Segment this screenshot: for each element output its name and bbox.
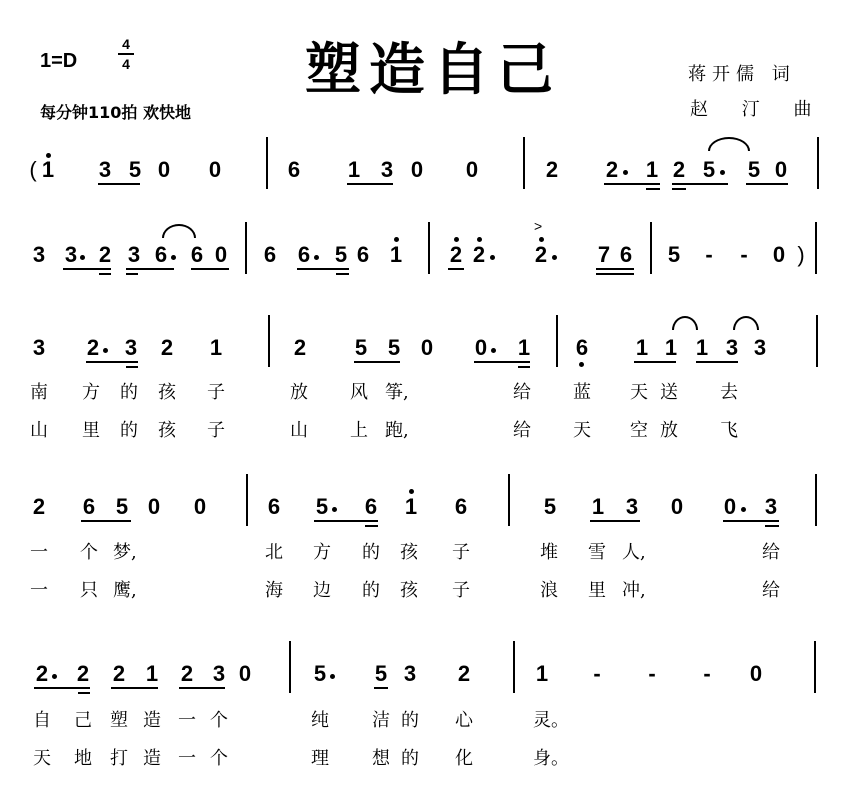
lyric: 地	[74, 749, 92, 769]
slur	[162, 224, 196, 238]
dash: -	[735, 243, 753, 267]
note: 0	[212, 243, 230, 267]
lyric: 孩	[400, 581, 418, 601]
lyric: 塑	[110, 711, 128, 731]
lyric: 化	[455, 749, 473, 769]
bar-line	[266, 137, 268, 189]
underline-sixteenth	[646, 188, 660, 190]
underline-eighth	[297, 268, 349, 270]
lyric: 方	[82, 383, 100, 403]
bar-line	[268, 315, 270, 367]
underline-eighth	[81, 520, 131, 522]
note: 6	[295, 243, 313, 267]
accent-mark: >	[534, 218, 542, 234]
note: 3	[762, 495, 780, 519]
lyric: 里	[82, 421, 100, 441]
slur	[708, 137, 750, 151]
underline-eighth	[34, 687, 90, 689]
dot	[80, 255, 85, 260]
dot	[623, 170, 628, 175]
lyric: 个	[210, 711, 228, 731]
lyric: 梦,	[113, 543, 137, 563]
lyric: 飞	[720, 421, 738, 441]
note: 3	[30, 243, 48, 267]
lyric: 的	[362, 581, 380, 601]
lyric: 打	[110, 749, 128, 769]
underline-eighth	[374, 687, 388, 689]
lyric: 给	[762, 543, 780, 563]
note: 0	[418, 336, 436, 360]
note: 6	[354, 243, 372, 267]
high-octave-dot	[409, 489, 414, 494]
note: 3	[723, 336, 741, 360]
note: 2	[30, 495, 48, 519]
note: 6	[573, 336, 591, 360]
time-signature-bottom: 4	[118, 56, 134, 72]
lyric: 跑,	[385, 421, 409, 441]
lyric: 一	[30, 581, 48, 601]
note: 1	[643, 158, 661, 182]
note: 6	[285, 158, 303, 182]
dash: -	[588, 662, 606, 686]
note: 3	[401, 662, 419, 686]
lyric: 理	[311, 749, 329, 769]
lyric: 方	[313, 543, 331, 563]
note: 7	[595, 243, 613, 267]
underline-eighth	[448, 268, 464, 270]
note: 0	[408, 158, 426, 182]
note: 0	[155, 158, 173, 182]
underline-sixteenth	[596, 273, 634, 275]
lyric: 放	[290, 383, 308, 403]
note: 5	[385, 336, 403, 360]
underline-sixteenth	[126, 273, 138, 275]
slur	[733, 316, 759, 330]
high-octave-dot	[46, 153, 51, 158]
note: 2	[470, 243, 488, 267]
underline-eighth	[723, 520, 779, 522]
underline-sixteenth	[672, 188, 686, 190]
low-octave-dot	[579, 362, 584, 367]
note: 6	[188, 243, 206, 267]
dot	[103, 348, 108, 353]
bar-line	[508, 474, 510, 526]
note: 2	[158, 336, 176, 360]
tempo-marking: 每分钟110拍 欢快地	[40, 100, 191, 123]
bar-line	[289, 641, 291, 693]
note: 6	[261, 243, 279, 267]
note: 0	[668, 495, 686, 519]
note: 3	[623, 495, 641, 519]
note: 1	[387, 243, 405, 267]
lyric: 子	[207, 383, 225, 403]
lyric: 一	[178, 711, 196, 731]
underline-eighth	[634, 361, 676, 363]
underline-sixteenth	[99, 273, 111, 275]
note: 5	[700, 158, 718, 182]
note: 2	[603, 158, 621, 182]
note: 0	[472, 336, 490, 360]
lyric: 天	[630, 383, 648, 403]
note: 5	[126, 158, 144, 182]
note: 5	[311, 662, 329, 686]
underline-eighth	[179, 687, 225, 689]
note: 0	[747, 662, 765, 686]
lyric: 一	[178, 749, 196, 769]
lyric: 给	[762, 581, 780, 601]
lyric: 山	[30, 421, 48, 441]
note: 6	[617, 243, 635, 267]
note: 0	[236, 662, 254, 686]
lyric: 边	[313, 581, 331, 601]
note: 5	[745, 158, 763, 182]
lyric: 北	[265, 543, 283, 563]
underline-eighth	[63, 268, 111, 270]
note: 2	[96, 243, 114, 267]
lyric: 只	[80, 581, 98, 601]
lyric: 海	[265, 581, 283, 601]
note: 3	[125, 243, 143, 267]
underline-sixteenth	[518, 366, 530, 368]
note: 1	[589, 495, 607, 519]
bar-line	[650, 222, 652, 274]
lyric: 造	[143, 711, 161, 731]
underline-sixteenth	[336, 273, 349, 275]
lyric: 人,	[622, 543, 646, 563]
lyric: 的	[120, 421, 138, 441]
note: 3	[62, 243, 80, 267]
time-signature: 4 4	[118, 36, 134, 72]
note: 6	[362, 495, 380, 519]
dot	[314, 255, 319, 260]
slur	[672, 316, 698, 330]
lyric: 的	[401, 749, 419, 769]
note: 0	[463, 158, 481, 182]
note: 1	[662, 336, 680, 360]
note: 1	[207, 336, 225, 360]
lyric: 子	[452, 543, 470, 563]
bar-line	[817, 137, 819, 189]
lyric: 山	[290, 421, 308, 441]
time-signature-top: 4	[118, 36, 134, 52]
note: 2	[33, 662, 51, 686]
underline-eighth	[126, 268, 174, 270]
note: 2	[670, 158, 688, 182]
underline-eighth	[672, 183, 728, 185]
underline-eighth	[696, 361, 738, 363]
close-paren: )	[792, 243, 810, 267]
lyric: 浪	[540, 581, 558, 601]
underline-eighth	[604, 183, 660, 185]
bar-line	[814, 641, 816, 693]
song-title: 塑造自己	[305, 26, 561, 106]
bar-line	[246, 474, 248, 526]
underline-eighth	[746, 183, 788, 185]
lyric: 身。	[533, 749, 569, 769]
lyric: 己	[74, 711, 92, 731]
note: 1	[515, 336, 533, 360]
high-octave-dot	[477, 237, 482, 242]
note: 2	[178, 662, 196, 686]
underline-eighth	[474, 361, 530, 363]
bar-line	[245, 222, 247, 274]
lyric: 子	[207, 421, 225, 441]
bar-line	[428, 222, 430, 274]
note: 1	[402, 495, 420, 519]
underline-eighth	[347, 183, 393, 185]
note: 3	[30, 336, 48, 360]
lyric: 造	[143, 749, 161, 769]
note: 0	[772, 158, 790, 182]
underline-eighth	[191, 268, 229, 270]
dot	[741, 507, 746, 512]
underline-eighth	[111, 687, 158, 689]
bar-line	[513, 641, 515, 693]
lyric: 子	[452, 581, 470, 601]
note: 1	[693, 336, 711, 360]
lyric: 想	[372, 749, 390, 769]
high-octave-dot	[394, 237, 399, 242]
high-octave-dot	[454, 237, 459, 242]
note: 5	[541, 495, 559, 519]
dash: -	[643, 662, 661, 686]
dot	[491, 348, 496, 353]
note: 1	[533, 662, 551, 686]
lyric: 洁	[372, 711, 390, 731]
note: 2	[447, 243, 465, 267]
note: 6	[265, 495, 283, 519]
lyric: 天	[33, 749, 51, 769]
lyric: 天	[573, 421, 591, 441]
lyric: 给	[513, 383, 531, 403]
note: 2	[74, 662, 92, 686]
dot	[332, 507, 337, 512]
underline-eighth	[98, 183, 140, 185]
dot	[330, 674, 335, 679]
underline-eighth	[354, 361, 400, 363]
bar-line	[816, 315, 818, 367]
note: 0	[191, 495, 209, 519]
lyric: 风	[350, 383, 368, 403]
note: 6	[152, 243, 170, 267]
note: 6	[452, 495, 470, 519]
lyric: 的	[401, 711, 419, 731]
note: 0	[721, 495, 739, 519]
time-signature-line	[118, 53, 134, 55]
underline-sixteenth	[78, 692, 90, 694]
dot	[720, 170, 725, 175]
note: 1	[143, 662, 161, 686]
lyric: 给	[513, 421, 531, 441]
underline-sixteenth	[765, 525, 779, 527]
note: 0	[145, 495, 163, 519]
note: 2	[84, 336, 102, 360]
note: 5	[313, 495, 331, 519]
lyric: 自	[33, 711, 51, 731]
note: 0	[206, 158, 224, 182]
note: 5	[372, 662, 390, 686]
lyric: 心	[455, 711, 473, 731]
note: 2	[291, 336, 309, 360]
underline-eighth	[86, 361, 138, 363]
underline-eighth	[596, 268, 634, 270]
bar-line	[523, 137, 525, 189]
note: 2	[532, 243, 550, 267]
lyric: 孩	[400, 543, 418, 563]
lyric: 纯	[311, 711, 329, 731]
dot	[52, 674, 57, 679]
note: 1	[345, 158, 363, 182]
note: 3	[122, 336, 140, 360]
composer-credit: 赵 汀 曲	[690, 95, 825, 121]
lyricist-credit: 蒋开儒 词	[688, 60, 796, 86]
bar-line	[556, 315, 558, 367]
lyric: 一	[30, 543, 48, 563]
lyric: 鹰,	[113, 581, 137, 601]
note: 5	[113, 495, 131, 519]
lyric: 堆	[540, 543, 558, 563]
dash: -	[698, 662, 716, 686]
underline-sixteenth	[126, 366, 138, 368]
underline-sixteenth	[365, 525, 378, 527]
lyric: 里	[588, 581, 606, 601]
key-signature: 1=D	[40, 50, 77, 73]
lyric: 去	[720, 383, 738, 403]
note: 3	[210, 662, 228, 686]
lyric: 的	[120, 383, 138, 403]
note: 2	[110, 662, 128, 686]
lyric: 上	[350, 421, 368, 441]
lyric: 孩	[158, 383, 176, 403]
note: 5	[332, 243, 350, 267]
note: 1	[39, 158, 57, 182]
lyric: 蓝	[573, 383, 591, 403]
lyric: 南	[30, 383, 48, 403]
dot	[171, 255, 176, 260]
lyric: 筝,	[385, 383, 409, 403]
note: 0	[770, 243, 788, 267]
note: 3	[96, 158, 114, 182]
note: 5	[665, 243, 683, 267]
note: 2	[455, 662, 473, 686]
high-octave-dot	[539, 237, 544, 242]
dash: -	[700, 243, 718, 267]
lyric: 孩	[158, 421, 176, 441]
lyric: 灵。	[533, 711, 569, 731]
bar-line	[815, 222, 817, 274]
lyric: 雪	[588, 543, 606, 563]
note: 2	[543, 158, 561, 182]
lyric: 送	[660, 383, 678, 403]
lyric: 放	[660, 421, 678, 441]
lyric: 的	[362, 543, 380, 563]
lyric: 个	[210, 749, 228, 769]
underline-eighth	[590, 520, 640, 522]
lyric: 冲,	[622, 581, 646, 601]
dot	[490, 255, 495, 260]
note: 1	[633, 336, 651, 360]
dot	[552, 255, 557, 260]
note: 3	[378, 158, 396, 182]
underline-eighth	[314, 520, 378, 522]
lyric: 空	[630, 421, 648, 441]
bar-line	[815, 474, 817, 526]
note: 6	[80, 495, 98, 519]
note: 5	[352, 336, 370, 360]
lyric: 个	[80, 543, 98, 563]
note: 3	[751, 336, 769, 360]
